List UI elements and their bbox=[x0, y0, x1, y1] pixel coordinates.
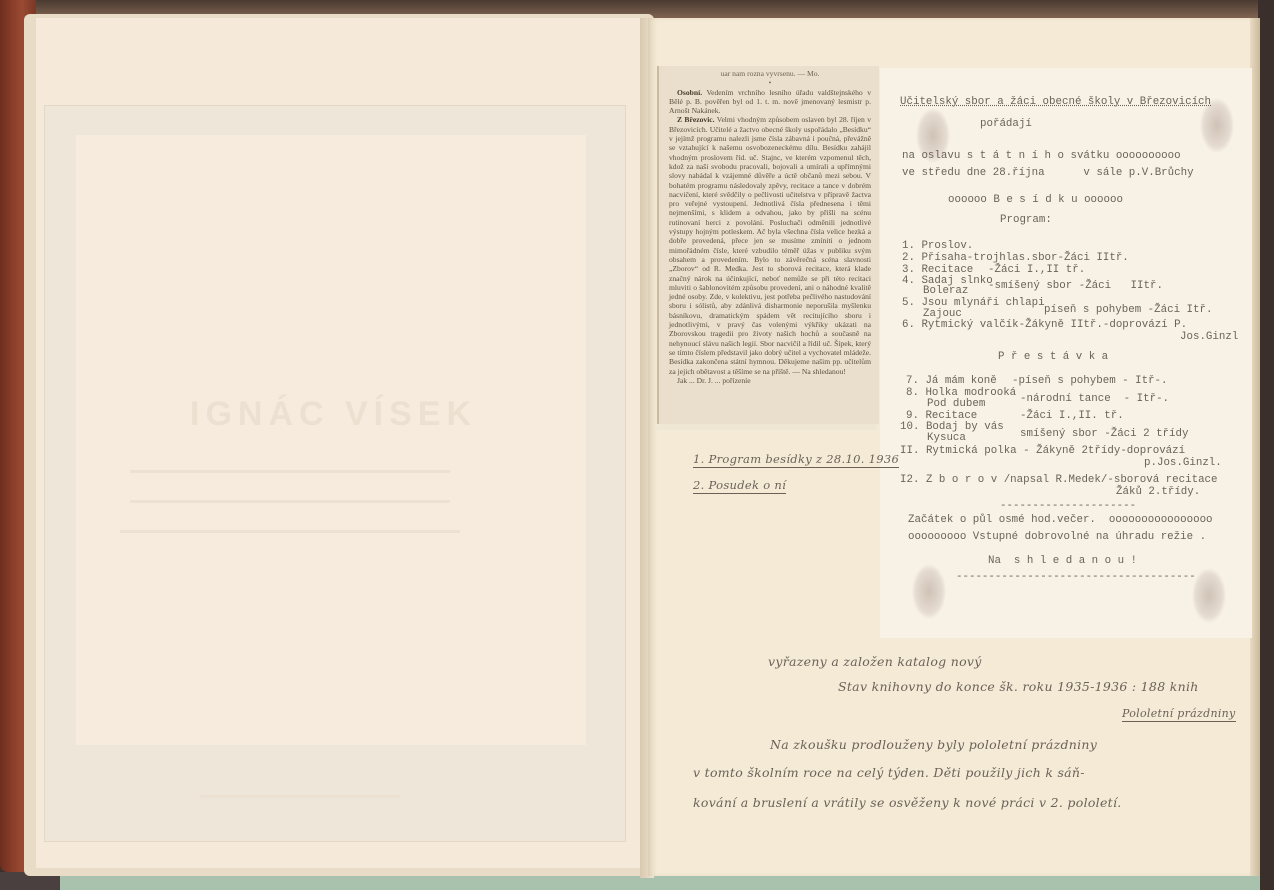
program-item-detail: -Žáci I.,II tř. bbox=[988, 264, 1085, 276]
program-item: 1. Proslov. bbox=[902, 240, 973, 252]
program-item-detail: píseň s pohybem -Žáci Itř. bbox=[1044, 304, 1212, 316]
program-item: 7. Já mám koně bbox=[906, 375, 997, 387]
faded-line bbox=[130, 500, 450, 503]
glue-stain bbox=[912, 564, 946, 619]
program-item-subtitle: Kysuca bbox=[927, 432, 966, 444]
separator-dot: • bbox=[669, 78, 871, 87]
programme-title: Učitelský sbor a žáci obecné školy v Bře… bbox=[900, 96, 1211, 108]
program-item-subtitle: Boleraz bbox=[923, 285, 968, 297]
faded-line bbox=[130, 470, 450, 473]
note-paragraph-line: Na zkoušku prodlouženy byly pololetní pr… bbox=[770, 737, 1097, 752]
program-item-detail: -národní tance - Itř-. bbox=[1020, 393, 1169, 405]
program-item-detail: p.Jos.Ginzl. bbox=[1144, 457, 1222, 469]
program-item: I2. Z b o r o v /napsal R.Medek/-sborová… bbox=[900, 474, 1218, 486]
faded-line bbox=[200, 795, 400, 798]
program-item-detail: Jos.Ginzl bbox=[1180, 331, 1238, 343]
clipping-cut-line: Jak ... Dr. J. ... pořízeníe bbox=[669, 376, 871, 385]
admission-note: ooooooooo Vstupné dobrovolné na úhradu r… bbox=[908, 531, 1206, 543]
caption-program: 1. Program besídky z 28.10. 1936 bbox=[693, 452, 899, 468]
program-item-subtitle: Pod dubem bbox=[927, 398, 985, 410]
occasion-line: na oslavu s t á t n í h o svátku ooooooo… bbox=[902, 150, 1181, 162]
clipping-paragraph: Osobní. Vedením vrchního lesního úřadu v… bbox=[669, 88, 871, 116]
start-time: Začátek o půl osmé hod.večer. oooooooooo… bbox=[908, 514, 1213, 526]
program-item-detail: -smíšený sbor -Žáci IItř. bbox=[988, 280, 1163, 292]
program-item-detail: -Žáci I.,II. tř. bbox=[1020, 410, 1124, 422]
faded-line bbox=[120, 530, 460, 533]
date-line: ve středu dne 28.října v sále p.V.Brůchy bbox=[902, 167, 1194, 179]
intermission-heading: P ř e s t á v k a bbox=[998, 351, 1108, 363]
program-item: II. Rytmická polka - Žákyně 2třídy-dopro… bbox=[900, 445, 1185, 457]
typed-programme: Učitelský sbor a žáci obecné školy v Bře… bbox=[880, 68, 1252, 638]
note-catalog: vyřazeny a založen katalog nový bbox=[768, 654, 982, 669]
program-item-detail: smíšený sbor -Žáci 2 třídy bbox=[1020, 428, 1188, 440]
clipping-mount bbox=[657, 424, 877, 430]
program-item: 2. Přísaha-trojhlas.sbor-Žáci IItř. bbox=[902, 252, 1129, 264]
side-heading: Pololetní prázdniny bbox=[1122, 707, 1236, 722]
event-name: oooooo B e s í d k u oooooo bbox=[948, 194, 1123, 206]
program-item: 6. Rytmický valčík-Žákyně IItř.-doprováz… bbox=[902, 319, 1187, 331]
note-paragraph-line: v tomto školním roce na celý týden. Děti… bbox=[693, 765, 1085, 780]
separator-short: --------------------- bbox=[1000, 500, 1136, 512]
clipping-body: Velmi vhodným způsobem oslaven byl 28. ř… bbox=[669, 115, 871, 375]
faded-title: IGNÁC VÍSEK bbox=[190, 395, 477, 434]
note-library-count: Stav knihovny do konce šk. roku 1935-193… bbox=[838, 679, 1199, 694]
newspaper-clipping: uar nam rozna vyvrsenu. — Mo. • Osobní. … bbox=[657, 66, 879, 424]
separator-long: ------------------------------------- bbox=[956, 571, 1196, 583]
clipping-lead: Osobní. bbox=[677, 88, 702, 97]
program-item-detail: -píseň s pohybem - Itř-. bbox=[1012, 375, 1168, 387]
glue-stain bbox=[1192, 568, 1226, 623]
book-right-cover bbox=[1258, 0, 1274, 890]
programme-subtitle: pořádají bbox=[980, 118, 1032, 130]
clipping-lead: Z Březovic. bbox=[677, 115, 715, 124]
caption-review: 2. Posudek o ní bbox=[693, 478, 786, 494]
show-through-page bbox=[76, 135, 586, 745]
clipping-paragraph: Z Březovic. Velmi vhodným způsobem oslav… bbox=[669, 115, 871, 375]
clipping-header: uar nam rozna vyvrsenu. — Mo. bbox=[669, 69, 871, 78]
program-item-detail: Žáků 2.třídy. bbox=[1116, 486, 1200, 498]
farewell: Na s h l e d a n o u ! bbox=[988, 555, 1137, 567]
note-paragraph-line: kování a bruslení a vrátily se osvěženy … bbox=[693, 795, 1122, 810]
program-heading: Program: bbox=[1000, 214, 1052, 226]
